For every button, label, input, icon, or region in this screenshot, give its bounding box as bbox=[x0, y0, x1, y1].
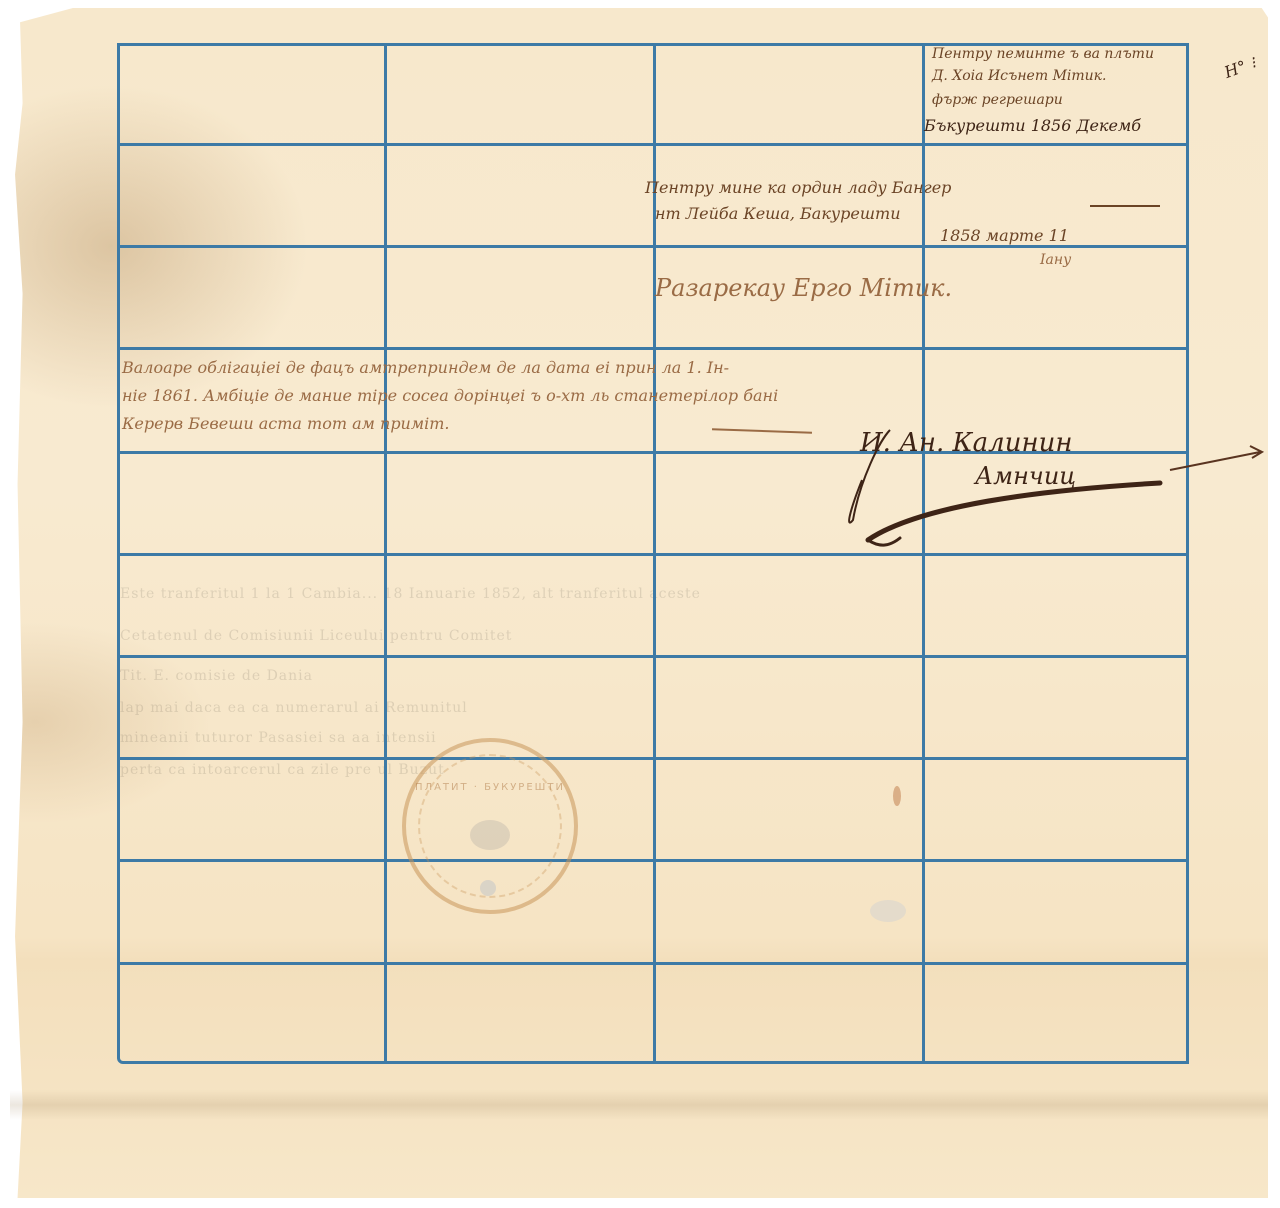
paper-hole bbox=[480, 880, 496, 896]
stain bbox=[470, 820, 510, 850]
paper-damage bbox=[870, 900, 906, 922]
stain bbox=[893, 786, 901, 806]
seal-text: ПЛАТИТ · БУКУРЕШТИ bbox=[406, 782, 574, 793]
signature-flourish bbox=[0, 0, 1280, 1208]
